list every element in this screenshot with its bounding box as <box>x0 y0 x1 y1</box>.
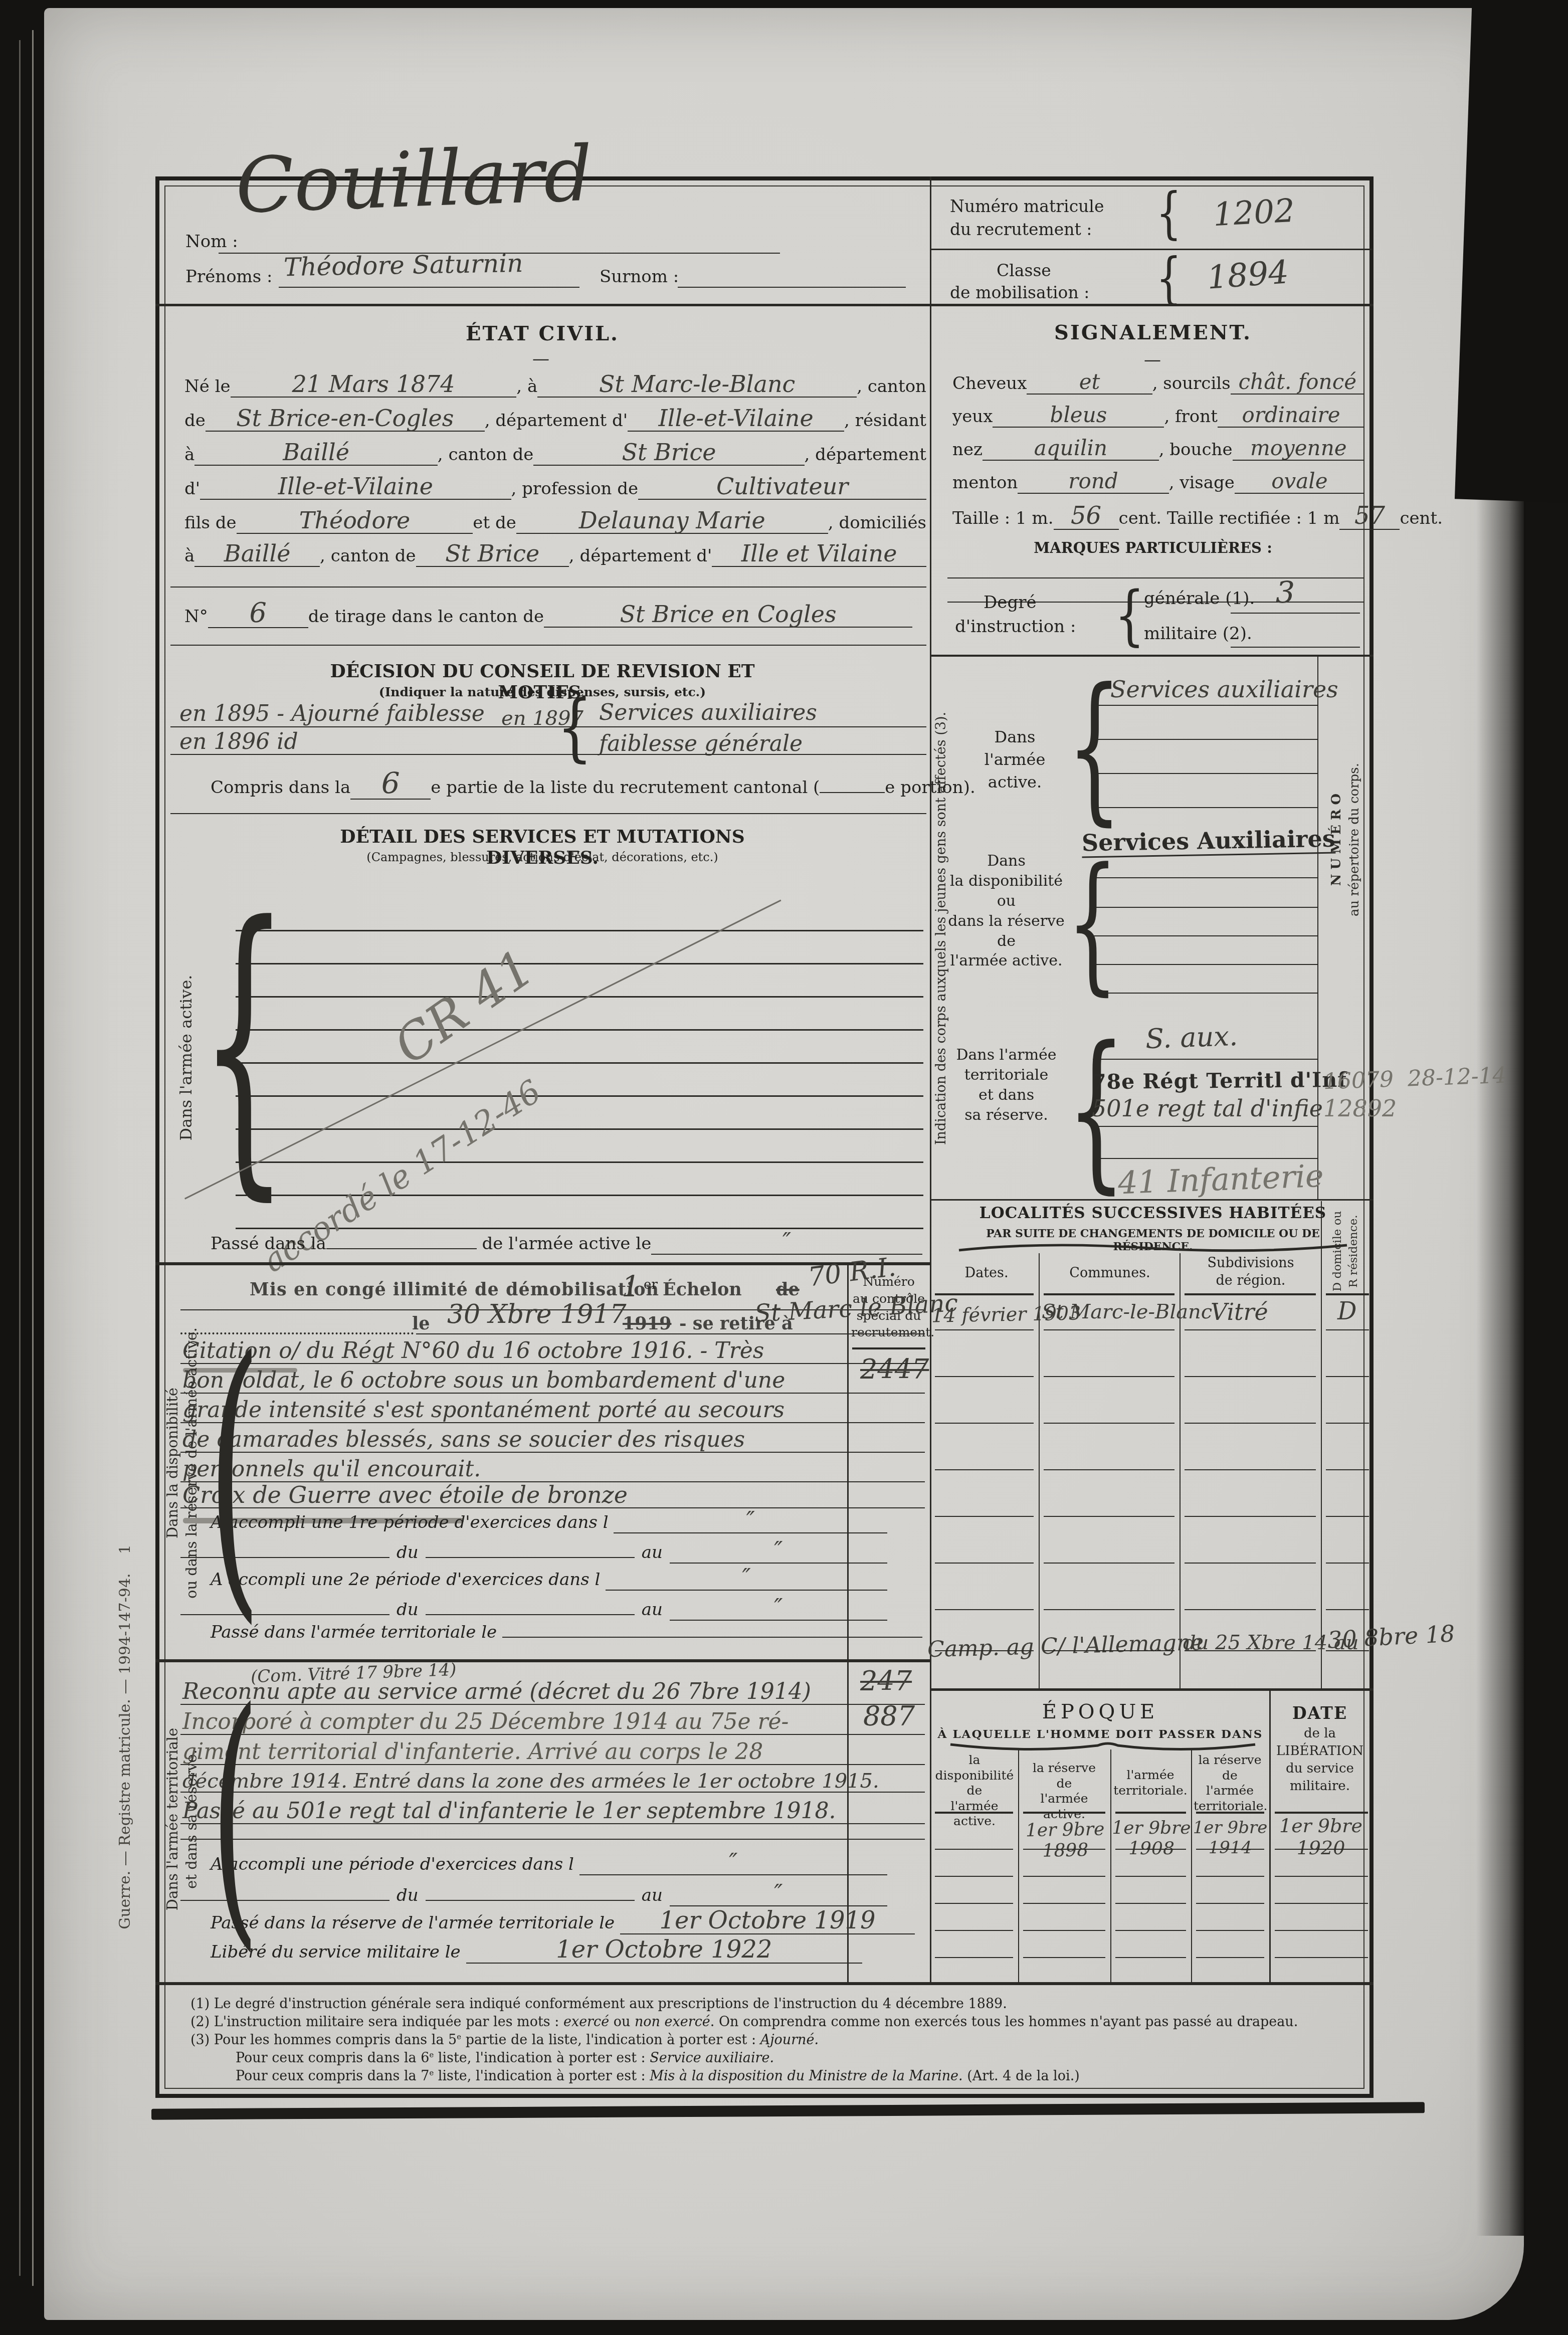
ruled-line <box>1275 1849 1368 1850</box>
ruled-line <box>1044 1516 1174 1517</box>
ruled-line <box>170 587 926 588</box>
ruled-line <box>1093 739 1317 740</box>
marques-title: MARQUES PARTICULIÈRES : <box>955 539 1351 556</box>
regiment-501-entry: 501e regt tal d'infie <box>1092 1095 1323 1122</box>
ruled-line <box>1093 935 1317 936</box>
label: , front <box>1164 407 1217 427</box>
surnom-label: Surnom : <box>600 267 679 287</box>
domicile-departement: Ille et Vilaine <box>712 541 926 567</box>
column-header: l'armée active. <box>933 1799 1016 1829</box>
label: Né le <box>184 376 231 397</box>
ruled-line <box>1115 1849 1186 1850</box>
ruled-line <box>1093 1059 1317 1060</box>
epoque-header-rule <box>1115 1812 1186 1814</box>
mother-name: Delaunay Marie <box>516 508 828 534</box>
label: territoriale <box>942 1065 1070 1085</box>
ruled-line <box>1185 1376 1316 1377</box>
blank <box>502 1637 922 1638</box>
decorative-swash <box>955 1239 1351 1256</box>
ruled-line <box>1023 1849 1105 1850</box>
militaire-label: militaire (2). <box>1144 624 1252 644</box>
ruled-line <box>1044 1469 1174 1470</box>
label: au <box>635 1542 670 1563</box>
vertical-label-text: Dans l'armée territoriale <box>163 1661 182 1977</box>
ruled-line <box>1023 1930 1105 1931</box>
label: à <box>184 546 194 566</box>
nez-bouche-line: nez aquilin , bouche moyenne <box>952 437 1364 461</box>
blank <box>426 1557 635 1558</box>
label: yeux <box>952 407 993 427</box>
label: , résidant <box>844 411 926 431</box>
footnote-text: ou <box>609 2014 635 2030</box>
service-entry: décembre 1914. Entré dans la zone des ar… <box>180 1771 925 1793</box>
epoque-col-divider <box>1191 1749 1192 1982</box>
ruled-line <box>1231 647 1360 648</box>
label: et de <box>473 513 516 533</box>
ruled-line <box>170 726 926 727</box>
ruled-line <box>1044 1650 1174 1651</box>
localite-row-dr: D <box>1337 1297 1356 1325</box>
residence-departement: Ille-et-Vilaine <box>200 474 511 500</box>
ruled-line <box>935 1903 1013 1904</box>
epoque-header-rule <box>1275 1812 1368 1814</box>
label: , domiciliés <box>828 513 926 533</box>
ruled-line <box>1185 1563 1316 1564</box>
ditto-mark: ″ <box>606 1565 887 1591</box>
page-edge-shadow <box>1476 451 1526 2236</box>
ruled-line <box>1231 613 1360 614</box>
citation-text: grande intensité s'est spontanément port… <box>180 1399 925 1423</box>
ruled-line <box>1093 964 1317 965</box>
epoque-col4-header: la réserve de l'armée territoriale. <box>1194 1753 1266 1814</box>
section-divider <box>930 1688 1374 1691</box>
tirage-line: N° 6 de tirage dans le canton de St Bric… <box>184 599 912 628</box>
service-entry: Reconnu apte au service armé (décret du … <box>180 1680 925 1705</box>
periode-1-line: A accompli une 1 re période d'exercices … <box>211 1508 887 1533</box>
label: , profession de <box>511 479 639 499</box>
header-bottom-rule <box>155 304 1374 306</box>
epoque-reserve-active-date: 1er 9bre 1898 <box>1020 1819 1110 1861</box>
scan-shadow-top-right <box>1455 0 1568 503</box>
column-header: de <box>933 1783 1016 1799</box>
localites-header-rule <box>935 1293 1034 1295</box>
decision-services-aux: Services auxiliaires <box>599 700 817 725</box>
ruled-line <box>1115 1876 1186 1877</box>
label: A accompli une période d'exercices dans … <box>211 1854 579 1874</box>
spine-page-number: 1 <box>116 1544 134 1554</box>
ruled-line <box>1326 1423 1369 1424</box>
reserve-territoriale-line: Passé dans la réserve de l'armée territo… <box>211 1908 915 1934</box>
label: N° <box>184 607 208 627</box>
decision-entry-1896: en 1896 id <box>179 729 298 754</box>
ruled-line <box>180 1839 925 1840</box>
label: sa réserve. <box>942 1105 1070 1125</box>
ruled-line <box>1326 1650 1369 1651</box>
territorial-line-5: Passé au 501e regt tal d'infanterie le 1… <box>180 1800 925 1824</box>
ruled-line <box>1185 1516 1316 1517</box>
ruled-line <box>1196 1903 1264 1904</box>
footnote-italic: Service auxiliaire. <box>650 2050 774 2066</box>
label: , département d' <box>485 411 628 431</box>
echelon-stamp: Échelon <box>663 1279 742 1300</box>
ruled-line <box>1044 1609 1174 1610</box>
ruled-line <box>1044 1329 1174 1330</box>
blank <box>426 1900 635 1901</box>
label: du <box>389 1600 426 1620</box>
epoque-subtitle-text: À LAQUELLE L'HOMME DOIT PASSER DANS <box>938 1727 1263 1741</box>
decision-subtitle: (Indiquer la nature des dispenses, sursi… <box>342 685 743 699</box>
label: de <box>184 411 206 431</box>
column-header: disponibilité <box>933 1768 1016 1784</box>
label: partie de la liste du recrutement canton… <box>441 777 820 798</box>
service-ruled-lines <box>236 898 923 1231</box>
croix-de-guerre-line: Croix de Guerre avec étoile de bronze <box>180 1483 925 1508</box>
ruled-line <box>1115 1930 1186 1931</box>
label: , à <box>516 376 537 397</box>
main-column-divider <box>930 176 931 1983</box>
sup-e: e <box>431 777 441 798</box>
section-dash: — <box>1144 350 1161 370</box>
birth-line-1: Né le 21 Mars 1874 , à St Marc-le-Blanc … <box>184 372 926 398</box>
citation-text: personnels qu'il encourait. <box>180 1458 925 1482</box>
domicile-commune: Baillé <box>194 541 320 567</box>
epoque-col-divider <box>1018 1749 1019 1982</box>
label: cent. Taille rectifiée : 1 m <box>1119 508 1340 528</box>
vertical-label-text: D domicile ou <box>1329 1199 1345 1303</box>
ruled-line <box>1275 1876 1368 1877</box>
date-value: 1er 9bre 1914 <box>1193 1818 1268 1858</box>
label: Passé dans la réserve de l'armée territo… <box>211 1913 620 1933</box>
binding-edge-line <box>32 30 34 2286</box>
detail-subtitle: (Campagnes, blessures, actions d'éclat, … <box>342 850 743 864</box>
epoque-col3-header: l'armée territoriale. <box>1113 1768 1188 1798</box>
vertical-label-territoriale: Dans l'armée territoriale et dans sa rés… <box>163 1661 201 1977</box>
degre-label-1: Degré <box>984 593 1037 613</box>
label: dans la réserve <box>942 911 1070 931</box>
signalement-title: SIGNALEMENT. <box>955 321 1351 344</box>
column-header: l'armée active. <box>1021 1791 1108 1822</box>
label: Dans l'armée <box>942 1045 1070 1065</box>
footnote-text: Pour ceux compris dans la 7 <box>236 2068 429 2084</box>
ruled-line <box>1044 1376 1174 1377</box>
pencil-number-12892: 12892 <box>1323 1095 1397 1122</box>
etat-civil-title: ÉTAT CIVIL. <box>342 322 743 345</box>
section-divider <box>155 1659 930 1662</box>
menton-value: rond <box>1018 470 1168 494</box>
sup-e: e <box>885 777 895 798</box>
footnote-italic: Mis à la disposition du Ministre de la M… <box>650 2068 962 2084</box>
section-divider <box>930 655 1374 657</box>
epoque-title-text: ÉPOQUE <box>1042 1700 1159 1723</box>
column-header: Subdivisions <box>1185 1254 1317 1272</box>
localites-col-communes: Communes. <box>1044 1265 1176 1281</box>
epoque-header-rule <box>1196 1812 1264 1814</box>
label: , département <box>805 445 927 465</box>
ruled-line <box>935 1849 1013 1850</box>
ruled-line <box>1326 1376 1369 1377</box>
column-header: territoriale. <box>1113 1783 1188 1799</box>
vertical-label-text: au répertoire du corps. <box>1345 687 1363 993</box>
ruled-line <box>1196 1930 1264 1931</box>
ruled-line <box>1185 1650 1316 1651</box>
citation-text: Citation o/ du Régt N°60 du 16 octobre 1… <box>180 1339 925 1364</box>
epoque-date-header: DATE de la LIBÉRATION du service militai… <box>1273 1702 1366 1795</box>
decorative-brace-swash <box>947 1740 1258 1754</box>
ruled-line <box>935 1876 1013 1877</box>
epoque-col1-header: la disponibilité de l'armée active. <box>933 1753 1016 1829</box>
label: et dans <box>942 1085 1070 1105</box>
residence-line-2: d' Ille-et-Vilaine , profession de Culti… <box>184 474 926 500</box>
label: à <box>184 445 194 465</box>
father-name: Théodore <box>237 508 473 534</box>
front-value: ordinaire <box>1218 404 1364 428</box>
label: période d'exercices dans l <box>369 1570 606 1590</box>
epoque-territoriale-date: 1er 9bre 1908 <box>1112 1818 1191 1859</box>
prenoms-label: Prénoms : <box>185 267 273 287</box>
ruled-line <box>1044 1563 1174 1564</box>
signalement-title-text: SIGNALEMENT. <box>1054 321 1252 344</box>
service-entry: Incorporé à compter du 25 Décembre 1914 … <box>180 1710 925 1735</box>
sup-e: e <box>359 1570 369 1590</box>
label: de tirage dans le canton de <box>308 607 544 627</box>
footnote-3: (3) Pour les hommes compris dans la 5e p… <box>190 2032 1358 2048</box>
localites-header-rule <box>1326 1293 1369 1295</box>
service-entry: Passé au 501e regt tal d'infanterie le 1… <box>180 1800 925 1824</box>
column-header: de la <box>1273 1725 1366 1742</box>
nez-value: aquilin <box>983 437 1159 461</box>
footnote-italic: Ajourné. <box>760 2032 819 2048</box>
footnote-text: (3) Pour les hommes compris dans la 5 <box>190 2032 457 2048</box>
localites-title-text: LOCALITÉS SUCCESSIVES HABITÉES <box>979 1204 1326 1222</box>
ruled-line <box>170 813 926 814</box>
territoriale-label: Dans l'armée territoriale et dans sa rés… <box>942 1045 1070 1125</box>
column-header: de <box>1021 1776 1108 1792</box>
armee-active-label: Dans l'armée active. <box>958 726 1071 793</box>
label: , canton de <box>438 445 534 465</box>
ruled-line <box>1326 1469 1369 1470</box>
reserve-date: 1er Octobre 1919 <box>620 1908 915 1934</box>
citation-line-3: grande intensité s'est spontanément port… <box>180 1399 925 1423</box>
ditto-mark: ″ <box>670 1538 887 1564</box>
sup-e: e <box>457 2032 461 2041</box>
disponibilite-label: Dans la disponibilité ou dans la réserve… <box>942 851 1070 971</box>
footnote-divider <box>155 1982 1374 1985</box>
ruled-line <box>1185 1329 1316 1330</box>
label: , bouche <box>1159 440 1233 460</box>
label: de <box>942 931 1070 951</box>
date-value: 1er 9bre 1920 <box>1279 1815 1362 1859</box>
ruled-line <box>1115 1957 1186 1958</box>
column-header: Communes. <box>1069 1265 1150 1281</box>
ditto-mark: ″ <box>670 1881 887 1906</box>
label: du <box>389 1885 426 1905</box>
ruled-line <box>935 1329 1034 1330</box>
citation-line-5: personnels qu'il encourait. <box>180 1458 925 1482</box>
saux-entry: S. aux. <box>1145 1020 1238 1055</box>
crossed-de: de <box>776 1279 800 1300</box>
citation-line-2: bon soldat, le 6 octobre sous un bombard… <box>180 1369 925 1394</box>
label: période d'exercices dans l <box>377 1512 614 1532</box>
sup-e: e <box>429 2068 434 2077</box>
domicile-canton: St Brice <box>416 541 569 567</box>
cheveux-sourcils-line: Cheveux et , sourcils chât. foncé <box>952 371 1364 395</box>
birth-line-2: de St Brice-en-Cogles , département d' I… <box>184 406 926 432</box>
vertical-label-text: Dans la disponibilité <box>163 1274 182 1652</box>
le-stamp: le <box>412 1313 430 1334</box>
footnote-text: liste, l'indication à porter est : <box>434 2068 650 2084</box>
epoque-header-rule <box>935 1812 1013 1814</box>
column-header: l'armée <box>1194 1783 1266 1799</box>
localites-title: LOCALITÉS SUCCESSIVES HABITÉES <box>945 1204 1361 1222</box>
ruled-line <box>1093 1126 1317 1127</box>
ruled-line <box>935 1930 1013 1931</box>
residence-canton: St Brice <box>533 440 804 466</box>
matricule-brace: { <box>1156 186 1182 241</box>
vertical-label-text: Dans l'armée active. <box>176 975 195 1141</box>
demobilisation-stamp: Mis en congé illimité de démobilisation <box>250 1279 659 1300</box>
label: , sourcils <box>1152 373 1231 394</box>
sourcils-value: chât. foncé <box>1231 371 1364 395</box>
disponibilite-right-brace: { <box>1067 848 1118 997</box>
ruled-line <box>947 577 1363 578</box>
epoque-title: ÉPOQUE <box>937 1700 1263 1723</box>
yeux-front-line: yeux bleus , front ordinaire <box>952 404 1364 428</box>
epoque-col-divider <box>1110 1749 1111 1982</box>
passe-territoriale-line: Passé dans l'armée territoriale le <box>211 1622 922 1642</box>
name-signature: Couillard <box>234 129 594 231</box>
prenoms-rule <box>279 287 579 288</box>
ruled-line <box>1023 1957 1105 1958</box>
territoriale-brace: ( <box>211 1676 260 1952</box>
label: fils de <box>184 513 237 533</box>
territorial-du-au-line: du au ″ <box>180 1881 887 1906</box>
taille-rectifiee-value: 57 <box>1339 503 1400 530</box>
citation-line-4: de camarades blessés, sans se soucier de… <box>180 1428 925 1453</box>
ruled-line <box>935 1650 1034 1651</box>
column-header: de <box>1194 1768 1266 1784</box>
column-header: LIBÉRATION <box>1273 1742 1366 1760</box>
footnote-text: . On comprendra comme non exercés tous l… <box>710 2014 1298 2030</box>
footnote-text: Pour ceux compris dans la 6 <box>236 2050 429 2066</box>
label: d' <box>184 479 200 499</box>
blank <box>426 1614 635 1615</box>
classe-brace: { <box>1156 251 1182 306</box>
ruled-line <box>1023 1876 1105 1877</box>
label: , canton <box>857 376 926 397</box>
ditto-mark: ″ <box>670 1595 887 1621</box>
label: , visage <box>1169 473 1235 493</box>
compris-line: Compris dans la 6 e partie de la liste d… <box>211 768 908 800</box>
birth-place: St Marc-le-Blanc <box>537 372 857 398</box>
label: du <box>389 1542 426 1563</box>
ditto-mark: ″ <box>579 1850 887 1875</box>
vertical-label-text: ou dans la réserve de l'armée active. <box>182 1274 202 1652</box>
label: , département d' <box>569 546 712 566</box>
ruled-line <box>1275 1930 1368 1931</box>
cheveux-value: et <box>1027 371 1152 395</box>
localites-header-rule <box>1185 1293 1316 1295</box>
footnote-2: (2) L'instruction militaire sera indiqué… <box>190 2014 1363 2030</box>
ruled-line <box>1196 1849 1264 1850</box>
label: au <box>635 1600 670 1620</box>
decision-subtitle-text: (Indiquer la nature des dispenses, sursi… <box>379 685 706 699</box>
taille-line: Taille : 1 m. 56 cent. Taille rectifiée … <box>952 503 1364 530</box>
epoque-header-rule <box>1023 1812 1105 1814</box>
column-header: du service <box>1273 1760 1366 1778</box>
label: nez <box>952 440 983 460</box>
localites-top-rule <box>930 1199 1374 1201</box>
du-au-line-2: du au ″ <box>180 1595 887 1621</box>
residence-line-1: à Baillé , canton de St Brice , départem… <box>184 440 926 466</box>
label: Compris dans la <box>211 777 350 798</box>
column-header: la réserve <box>1194 1753 1266 1768</box>
liberation-service-date: 1er 9bre 1920 <box>1273 1815 1368 1859</box>
croix-de-guerre-text: Croix de Guerre avec étoile de bronze <box>180 1483 925 1508</box>
footnote-italic: non exercé <box>635 2014 710 2030</box>
ruled-line <box>935 1376 1034 1377</box>
territorial-line-2: Incorporé à compter du 25 Décembre 1914 … <box>180 1710 925 1735</box>
residence-commune: Baillé <box>194 440 438 466</box>
label: ou <box>942 891 1070 911</box>
ruled-line <box>935 1423 1034 1424</box>
territorial-line-1: Reconnu apte au service armé (décret du … <box>180 1680 925 1705</box>
localite-row-subdivision: Vitré <box>1211 1298 1268 1325</box>
pencil-41-infanterie: 41 Infanterie <box>1117 1157 1324 1201</box>
matricule-classe-rule <box>931 249 1373 250</box>
service-entry: giment territorial d'infanterie. Arrivé … <box>180 1740 925 1765</box>
spine-imprint-text: Guerre. — Registre matricule. — 1994-147… <box>116 1573 134 1929</box>
taille-value: 56 <box>1054 503 1119 530</box>
label: Dans <box>958 726 1071 748</box>
footnote-text: partie de la liste, l'indication à porte… <box>461 2032 760 2048</box>
label: de l'armée active le <box>477 1234 652 1254</box>
generale-label: générale (1). <box>1144 589 1255 609</box>
ruled-line <box>1044 1423 1174 1424</box>
label: au <box>635 1885 670 1905</box>
tirage-canton: St Brice en Cogles <box>544 602 912 628</box>
localites-col-dates: Dates. <box>937 1265 1036 1281</box>
armee-active-affectation: Services auxiliaires <box>1110 676 1338 703</box>
citation-text: bon soldat, le 6 octobre sous un bombard… <box>180 1369 925 1394</box>
echelon-number: 1 <box>622 1269 640 1303</box>
footnote-text: liste, l'indication à porter est : <box>434 2050 650 2066</box>
footnote-4: Pour ceux compris dans la 6e liste, l'in… <box>236 2050 1358 2066</box>
parents-line: fils de Théodore et de Delaunay Marie , … <box>184 508 926 534</box>
passe-armee-active-line: Passé dans la de l'armée active le ″ <box>211 1229 922 1255</box>
crossed-year: 1919 <box>623 1313 671 1334</box>
bouche-value: moyenne <box>1233 437 1364 461</box>
ruled-line <box>1093 807 1317 808</box>
liberation-date: 1er Octobre 1922 <box>466 1937 862 1964</box>
generale-value: 3 <box>1276 575 1295 611</box>
du-au-line-1: du au ″ <box>180 1538 887 1564</box>
classe-label-1: Classe <box>997 261 1051 280</box>
vertical-label-armee-active: Dans l'armée active. <box>176 887 195 1228</box>
birth-departement: Ille-et-Vilaine <box>628 406 844 432</box>
label: l'armée active. <box>942 951 1070 971</box>
label: menton <box>952 473 1018 493</box>
marques-title-text: MARQUES PARTICULIÈRES : <box>1034 539 1272 556</box>
ruled-line <box>935 1563 1034 1564</box>
ruled-line <box>1093 993 1317 994</box>
vertical-label-disponibilite: Dans la disponibilité ou dans la réserve… <box>163 1274 201 1652</box>
spine-imprint: Guerre. — Registre matricule. — 1994-147… <box>116 1399 134 2075</box>
demobilisation-date: 30 Xbre 1917 <box>447 1299 627 1329</box>
matricule-value: 1202 <box>1212 192 1296 234</box>
footnote-1: (1) Le degré d'instruction générale sera… <box>190 1996 1358 2012</box>
ruled-line <box>1326 1516 1369 1517</box>
ruled-line <box>1196 1957 1264 1958</box>
